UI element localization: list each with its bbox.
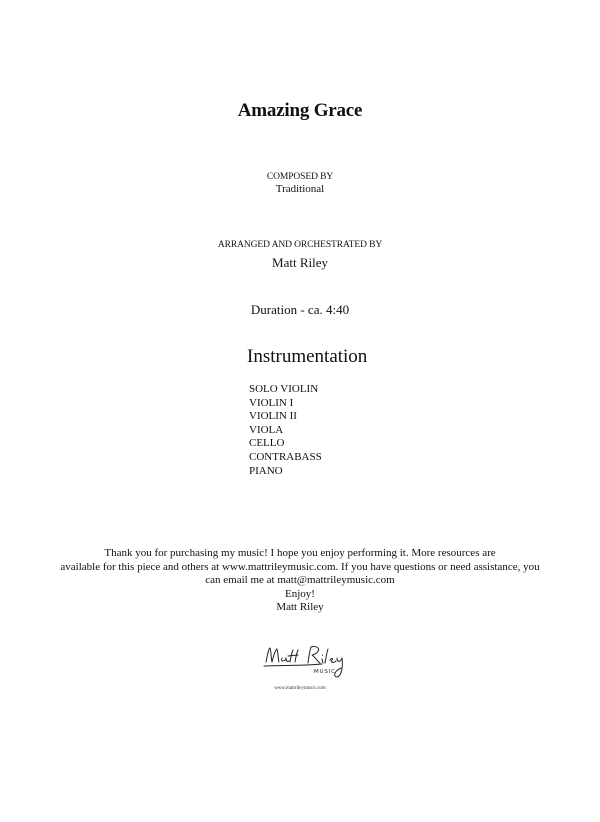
- thank-you-line: Enjoy!: [0, 588, 600, 602]
- signature-name: Matt Riley: [0, 601, 600, 615]
- thank-you-line: available for this piece and others at w…: [0, 561, 600, 575]
- instrument-item: VIOLA: [249, 424, 322, 438]
- composer-name: Traditional: [0, 183, 600, 195]
- signature-logo-icon: MUSIC: [262, 640, 354, 682]
- instrumentation-heading: Instrumentation: [247, 346, 367, 368]
- instrument-list: SOLO VIOLIN VIOLIN I VIOLIN II VIOLA CEL…: [249, 383, 322, 478]
- thank-you-line: can email me at matt@mattrileymusic.com: [0, 574, 600, 588]
- website-url: www.mattrileymusic.com: [0, 686, 600, 691]
- arranger-name: Matt Riley: [0, 255, 600, 271]
- instrument-item: VIOLIN I: [249, 397, 322, 411]
- score-cover-page: Amazing Grace COMPOSED BY Traditional AR…: [0, 0, 600, 822]
- duration: Duration - ca. 4:40: [0, 302, 600, 318]
- instrument-item: VIOLIN II: [249, 410, 322, 424]
- instrument-item: CELLO: [249, 437, 322, 451]
- piece-title: Amazing Grace: [0, 100, 600, 122]
- arranged-by-label: ARRANGED AND ORCHESTRATED BY: [0, 240, 600, 250]
- logo-subtitle: MUSIC: [314, 669, 336, 675]
- thank-you-line: Thank you for purchasing my music! I hop…: [0, 547, 600, 561]
- instrument-item: SOLO VIOLIN: [249, 383, 322, 397]
- instrument-item: CONTRABASS: [249, 451, 322, 465]
- composed-by-label: COMPOSED BY: [0, 172, 600, 182]
- instrument-item: PIANO: [249, 465, 322, 479]
- thank-you-note: Thank you for purchasing my music! I hop…: [0, 547, 600, 615]
